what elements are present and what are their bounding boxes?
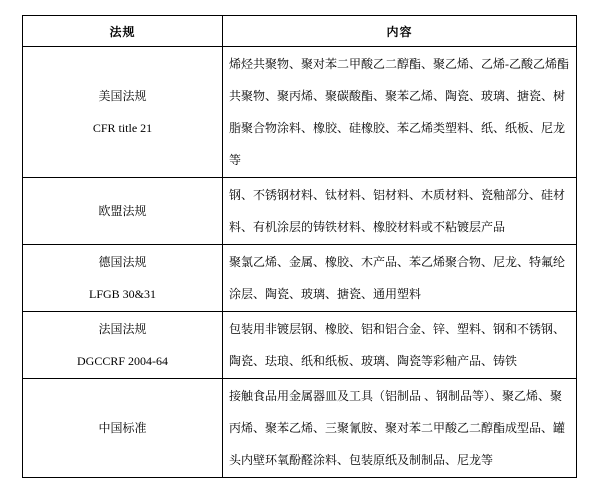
regulation-name: 德国法规 xyxy=(23,246,222,278)
content-text: 聚氯乙烯、金属、橡胶、木产品、苯乙烯聚合物、尼龙、特氟纶涂层、陶瓷、玻璃、搪瓷、… xyxy=(229,246,572,310)
regulation-name: 美国法规 xyxy=(23,80,222,112)
regulations-table: 法规 内容 美国法规 CFR title 21 烯烃共聚物、聚对苯二甲酸乙二醇酯… xyxy=(22,15,577,478)
regulation-cell-de: 德国法规 LFGB 30&31 xyxy=(23,245,223,312)
content-cell-de: 聚氯乙烯、金属、橡胶、木产品、苯乙烯聚合物、尼龙、特氟纶涂层、陶瓷、玻璃、搪瓷、… xyxy=(223,245,577,312)
document-page: 法规 内容 美国法规 CFR title 21 烯烃共聚物、聚对苯二甲酸乙二醇酯… xyxy=(0,0,592,485)
header-regulation: 法规 xyxy=(23,16,223,47)
regulation-name: 欧盟法规 xyxy=(23,195,222,227)
regulation-name: 法国法规 xyxy=(23,313,222,345)
header-content: 内容 xyxy=(223,16,577,47)
regulation-code: CFR title 21 xyxy=(23,112,222,144)
regulation-name: 中国标准 xyxy=(23,412,222,444)
regulation-cell-cn: 中国标准 xyxy=(23,379,223,478)
content-cell-cn: 接触食品用金属器皿及工具（铝制品 、钢制品等）、聚乙烯、聚丙烯、聚苯乙烯、三聚氰… xyxy=(223,379,577,478)
table-row-eu: 欧盟法规 钢、不锈钢材料、钛材料、铝材料、木质材料、瓷釉部分、硅材料、有机涂层的… xyxy=(23,178,577,245)
content-cell-us: 烯烃共聚物、聚对苯二甲酸乙二醇酯、聚乙烯、乙烯-乙酸乙烯酯共聚物、聚丙烯、聚碳酸… xyxy=(223,47,577,178)
regulation-cell-fr: 法国法规 DGCCRF 2004-64 xyxy=(23,312,223,379)
table-row-fr: 法国法规 DGCCRF 2004-64 包装用非镀层钢、橡胶、铝和铝合金、锌、塑… xyxy=(23,312,577,379)
table-row-us: 美国法规 CFR title 21 烯烃共聚物、聚对苯二甲酸乙二醇酯、聚乙烯、乙… xyxy=(23,47,577,178)
content-text: 包装用非镀层钢、橡胶、铝和铝合金、锌、塑料、钢和不锈钢、陶瓷、珐琅、纸和纸板、玻… xyxy=(229,313,572,377)
content-text: 钢、不锈钢材料、钛材料、铝材料、木质材料、瓷釉部分、硅材料、有机涂层的铸铁材料、… xyxy=(229,179,572,243)
regulation-cell-us: 美国法规 CFR title 21 xyxy=(23,47,223,178)
table-row-de: 德国法规 LFGB 30&31 聚氯乙烯、金属、橡胶、木产品、苯乙烯聚合物、尼龙… xyxy=(23,245,577,312)
regulation-code: DGCCRF 2004-64 xyxy=(23,345,222,377)
regulation-code: LFGB 30&31 xyxy=(23,278,222,310)
content-text: 烯烃共聚物、聚对苯二甲酸乙二醇酯、聚乙烯、乙烯-乙酸乙烯酯共聚物、聚丙烯、聚碳酸… xyxy=(229,48,572,176)
content-text: 接触食品用金属器皿及工具（铝制品 、钢制品等）、聚乙烯、聚丙烯、聚苯乙烯、三聚氰… xyxy=(229,380,572,476)
regulation-cell-eu: 欧盟法规 xyxy=(23,178,223,245)
content-cell-eu: 钢、不锈钢材料、钛材料、铝材料、木质材料、瓷釉部分、硅材料、有机涂层的铸铁材料、… xyxy=(223,178,577,245)
table-row-cn: 中国标准 接触食品用金属器皿及工具（铝制品 、钢制品等）、聚乙烯、聚丙烯、聚苯乙… xyxy=(23,379,577,478)
table-header-row: 法规 内容 xyxy=(23,16,577,47)
content-cell-fr: 包装用非镀层钢、橡胶、铝和铝合金、锌、塑料、钢和不锈钢、陶瓷、珐琅、纸和纸板、玻… xyxy=(223,312,577,379)
